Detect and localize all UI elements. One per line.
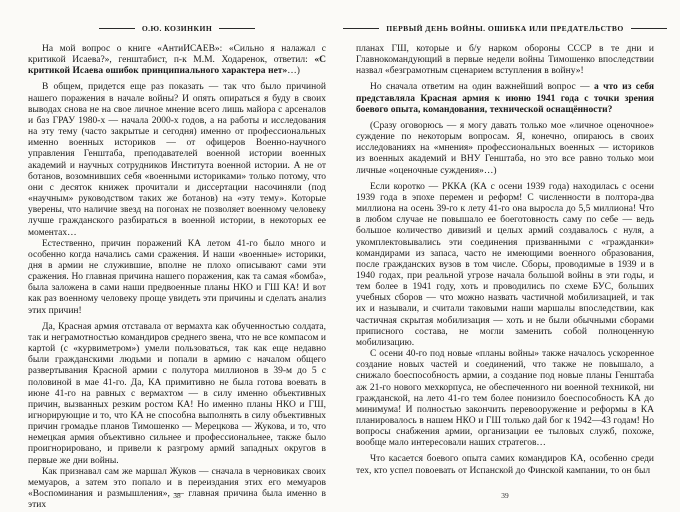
text-segment: …) <box>287 66 300 76</box>
running-head-left-title: О.Ю. КОЗИНКИН <box>142 24 212 33</box>
paragraph: Что касается боевого опыта самих команди… <box>356 454 654 476</box>
text-segment: Что касается боевого опыта самих команди… <box>356 454 654 475</box>
paragraph: Да, Красная армия отставала от вермахта … <box>28 322 326 467</box>
page-number-right: 39 <box>356 491 654 500</box>
text-segment: Как признавал сам же маршал Жуков — снач… <box>28 467 326 510</box>
header-rule-icon <box>99 28 135 29</box>
page-number-left: 38 <box>28 491 326 500</box>
paragraph: В общем, придется еще раз показать — так… <box>28 82 326 238</box>
text-segment: Но сначала ответим на один важнейший воп… <box>370 82 594 92</box>
text-segment: планах ГШ, которые и б/у нарком обороны … <box>356 44 654 76</box>
paragraph: На мой вопрос о книге «АнтиИСАЕВ»: «Силь… <box>28 44 326 77</box>
paragraph: Естественно, причин поражений КА летом 4… <box>28 239 326 317</box>
paragraph: Если коротко — РККА (КА с осени 1939 год… <box>356 182 654 349</box>
running-head-left: О.Ю. КОЗИНКИН <box>28 24 326 33</box>
header-rule-icon <box>219 28 255 29</box>
paragraph: (Сразу оговорюсь — я могу давать только … <box>356 121 654 177</box>
text-segment: В общем, придется еще раз показать — так… <box>28 82 326 237</box>
text-segment: С осени 40-го под новые «планы войны» та… <box>356 349 654 448</box>
paragraph: С осени 40-го под новые «планы войны» та… <box>356 349 654 449</box>
paragraph: Как признавал сам же маршал Жуков — снач… <box>28 467 326 512</box>
text-segment: Да, Красная армия отставала от вермахта … <box>28 322 326 466</box>
page-left-text: На мой вопрос о книге «АнтиИСАЕВ»: «Силь… <box>28 44 326 511</box>
page-right: ПЕРВЫЙ ДЕНЬ ВОЙНЫ. ОШИБКА ИЛИ ПРЕДАТЕЛЬС… <box>356 20 654 502</box>
header-rule-icon <box>631 28 667 29</box>
page-left: О.Ю. КОЗИНКИН На мой вопрос о книге «Ант… <box>28 20 326 502</box>
running-head-right-title: ПЕРВЫЙ ДЕНЬ ВОЙНЫ. ОШИБКА ИЛИ ПРЕДАТЕЛЬС… <box>386 24 624 33</box>
paragraph: планах ГШ, которые и б/у нарком обороны … <box>356 44 654 77</box>
text-segment: Естественно, причин поражений КА летом 4… <box>28 239 326 316</box>
paragraph: Но сначала ответим на один важнейший воп… <box>356 82 654 115</box>
text-segment: Если коротко — РККА (КА с осени 1939 год… <box>356 182 654 348</box>
running-head-right: ПЕРВЫЙ ДЕНЬ ВОЙНЫ. ОШИБКА ИЛИ ПРЕДАТЕЛЬС… <box>356 24 654 33</box>
header-rule-icon <box>343 28 379 29</box>
page-right-text: планах ГШ, которые и б/у нарком обороны … <box>356 44 654 477</box>
text-segment: На мой вопрос о книге «АнтиИСАЕВ»: «Силь… <box>28 44 326 65</box>
book-spread: О.Ю. КОЗИНКИН На мой вопрос о книге «Ант… <box>0 0 680 512</box>
text-segment: (Сразу оговорюсь — я могу давать только … <box>356 121 654 176</box>
